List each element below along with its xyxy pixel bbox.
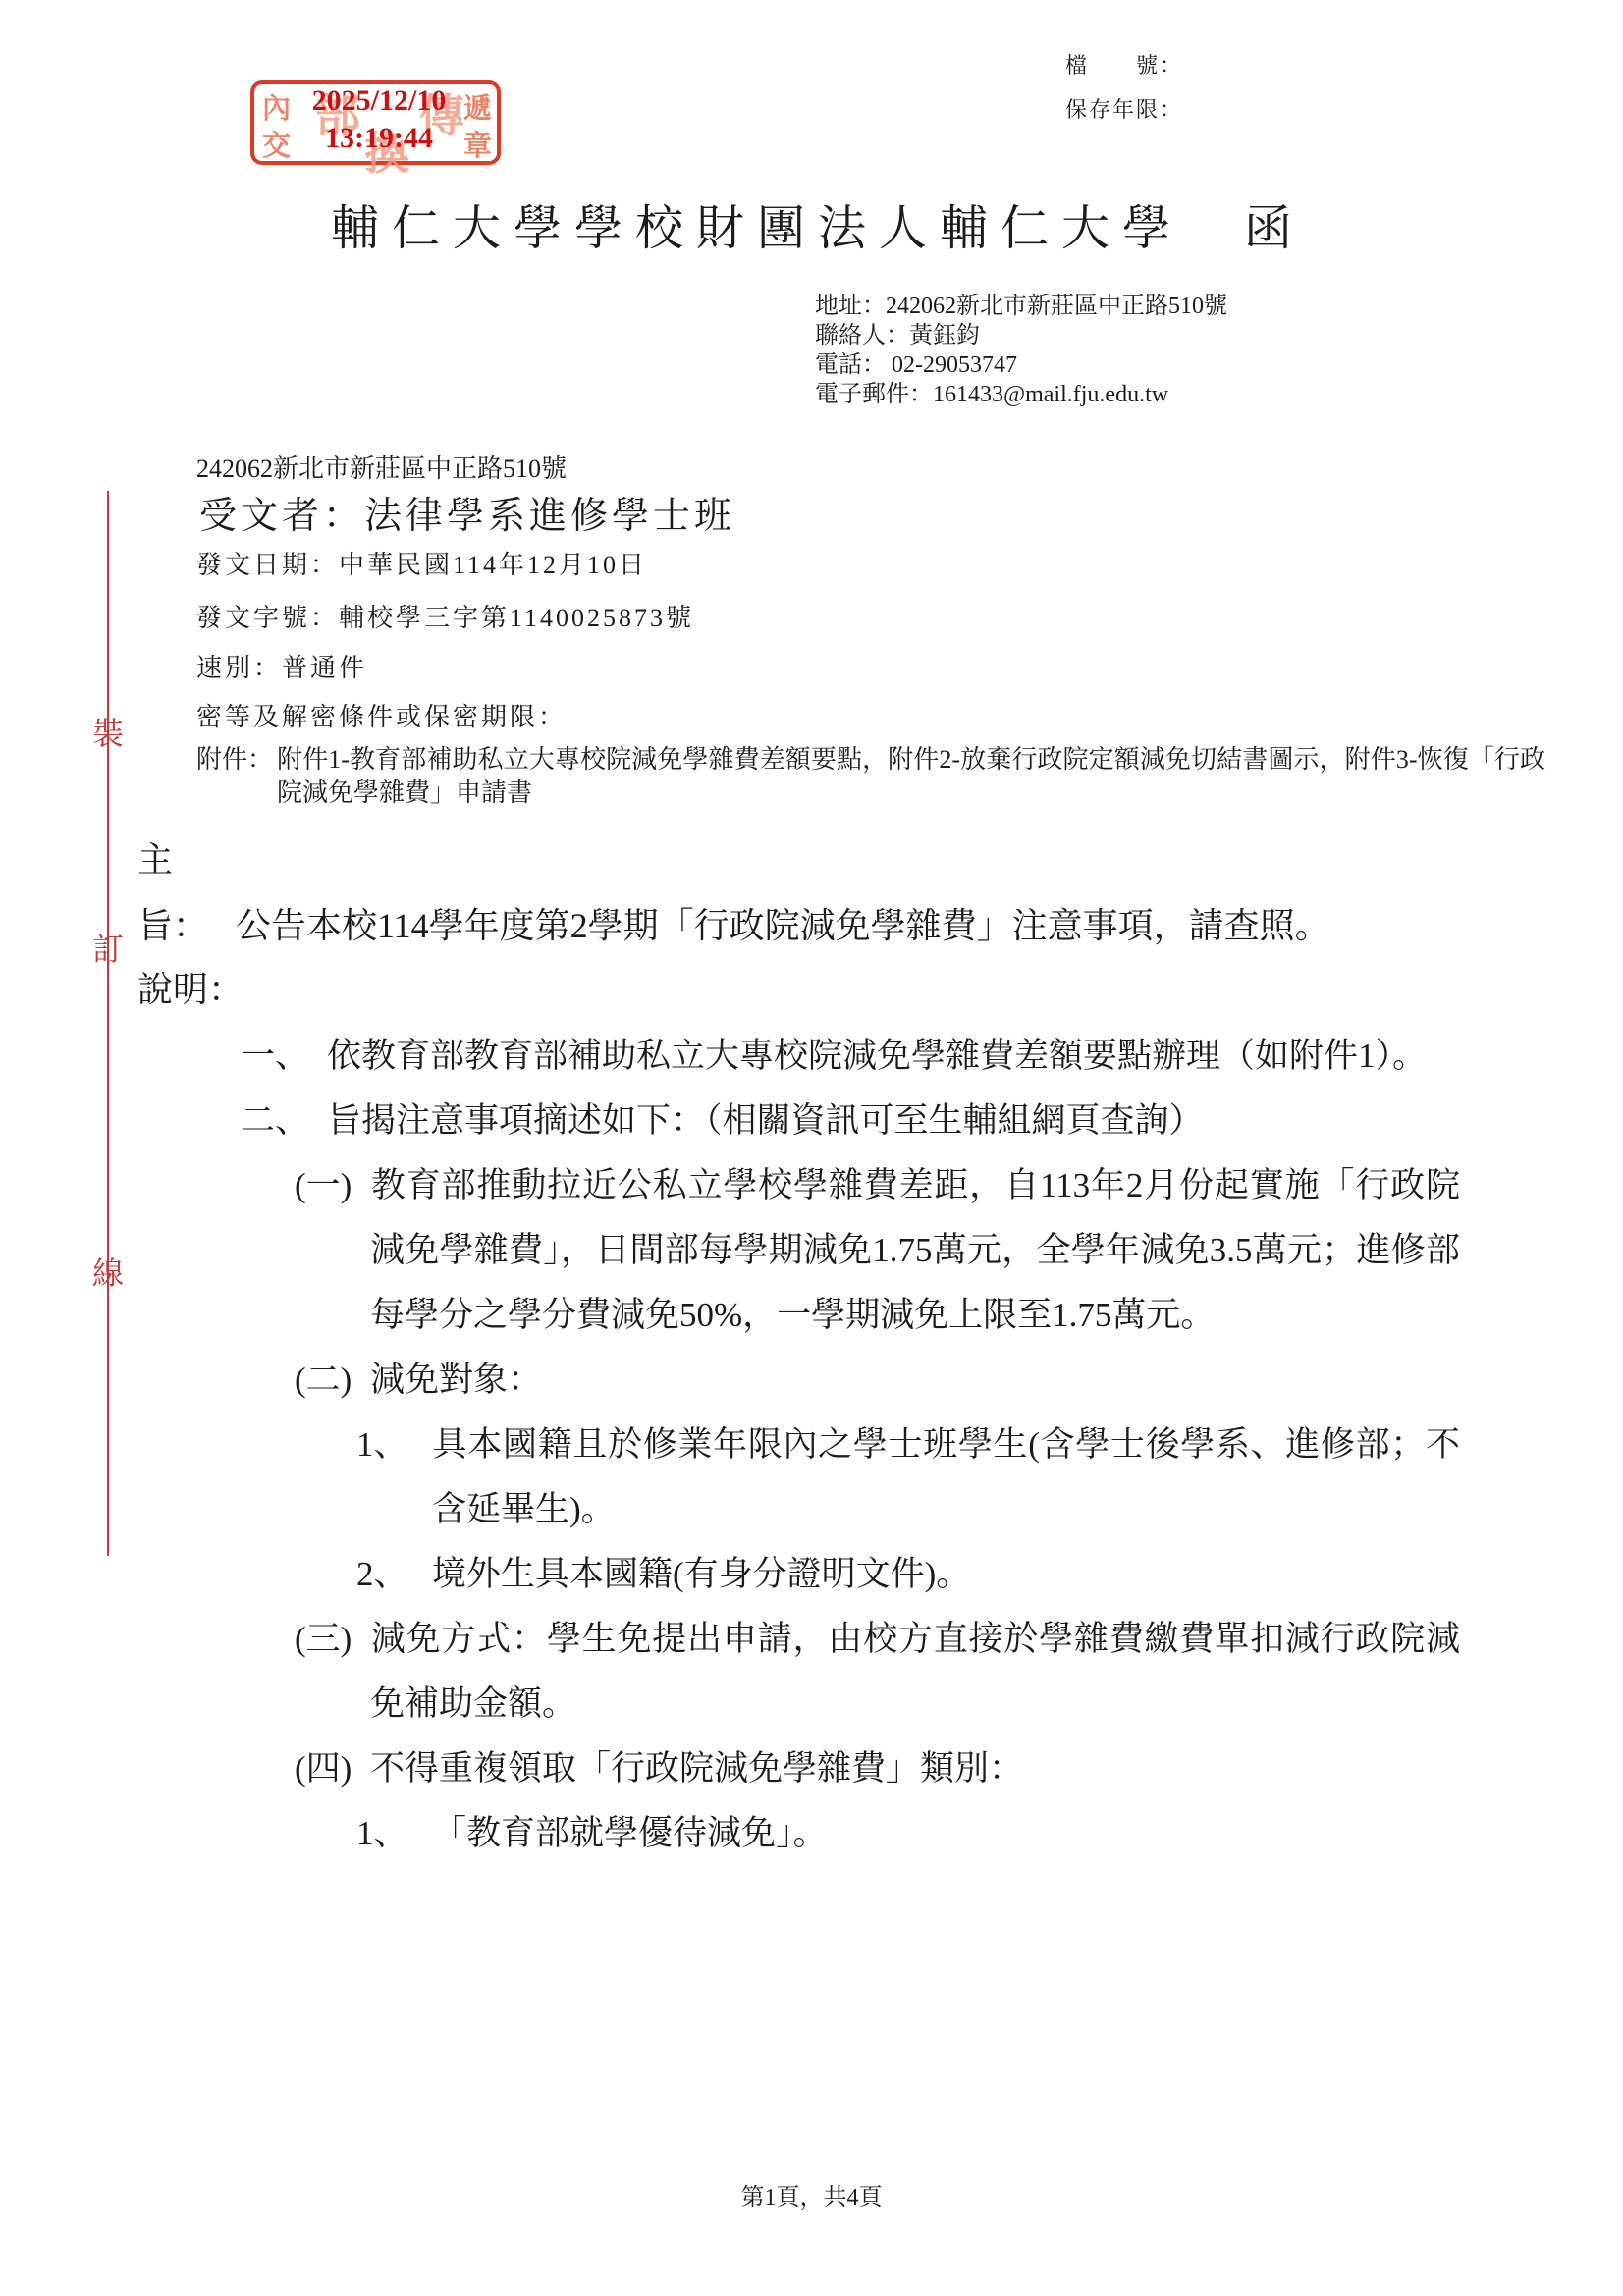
binding-line bbox=[107, 491, 109, 1556]
document-title: 輔仁大學學校財團法人輔仁大學 函 bbox=[0, 190, 1623, 259]
sender-address: 地址：242062新北市新莊區中正路510號 bbox=[815, 292, 1227, 321]
attachment-label: 附件： bbox=[196, 743, 277, 776]
list-item: (一)教育部推動拉近公私立學校學雜費差距，自113年2月份起實施「行政院減免學雜… bbox=[137, 1153, 1460, 1348]
explanation-label: 說明： bbox=[137, 957, 243, 1023]
sender-phone: 電話： 02-29053747 bbox=[815, 350, 1227, 380]
list-item-marker: (三) bbox=[295, 1607, 370, 1672]
binding-mark-xian: 線 bbox=[90, 1249, 126, 1294]
list-item-text: 依教育部教育部補助私立大專校院減免學雜費差額要點辦理（如附件1）。 bbox=[327, 1037, 1427, 1075]
list-item-marker: 一、 bbox=[241, 1024, 327, 1089]
stamp-char-jiao: 交 bbox=[262, 124, 291, 164]
stamp-date: 2025/12/10 bbox=[292, 84, 466, 118]
list-item-text: 減免對象： bbox=[370, 1361, 542, 1399]
issue-date-line: 發文日期：中華民國114年12月10日 bbox=[196, 545, 647, 581]
list-item-marker: 1、 bbox=[356, 1801, 432, 1866]
list-item: 二、旨揭注意事項摘述如下：（相關資訊可至生輔組網頁查詢） bbox=[137, 1089, 1460, 1153]
file-labels: 檔 號： 保存年限： bbox=[1065, 43, 1183, 132]
list-item: 1、「教育部就學優待減免」。 bbox=[137, 1801, 1460, 1866]
file-number-label: 檔 號： bbox=[1065, 43, 1183, 87]
attachment-text: 附件1-教育部補助私立大專校院減免學雜費差額要點，附件2-放棄行政院定額減免切結… bbox=[277, 745, 1545, 807]
recipient-mail-address: 242062新北市新莊區中正路510號 bbox=[196, 449, 567, 485]
document-page: 檔 號： 保存年限： 部 傳 換 內 交 遞 章 2025/12/10 13:1… bbox=[0, 0, 1623, 2296]
sender-contact: 聯絡人：黃鈺鈞 bbox=[815, 321, 1227, 350]
sender-email: 電子郵件：161433@mail.fju.edu.tw bbox=[815, 380, 1227, 409]
sender-info: 地址：242062新北市新莊區中正路510號 聯絡人：黃鈺鈞 電話： 02-29… bbox=[815, 292, 1227, 409]
stamp-char-di: 遞 bbox=[463, 86, 492, 127]
list-item-marker: (一) bbox=[295, 1153, 370, 1218]
attachment-line: 附件：附件1-教育部補助私立大專校院減免學雜費差額要點，附件2-放棄行政院定額減… bbox=[196, 743, 1545, 810]
subject-line: 主旨：公告本校114學年度第2學期「行政院減免學雜費」注意事項，請查照。 bbox=[137, 828, 1460, 959]
stamp-char-zhang: 章 bbox=[463, 124, 492, 164]
list-item-marker: (四) bbox=[295, 1736, 370, 1801]
list-item-text: 減免方式：學生免提出申請，由校方直接於學雜費繳費單扣減行政院減免補助金額。 bbox=[370, 1620, 1460, 1723]
list-item: 一、依教育部教育部補助私立大專校院減免學雜費差額要點辦理（如附件1）。 bbox=[137, 1024, 1460, 1089]
classification-line: 密等及解密條件或保密期限： bbox=[196, 697, 567, 733]
list-item: 2、境外生具本國籍(有身分證明文件)。 bbox=[137, 1542, 1460, 1607]
item-list: 一、依教育部教育部補助私立大專校院減免學雜費差額要點辦理（如附件1）。 二、旨揭… bbox=[137, 1024, 1460, 1866]
binding-mark-ding: 訂 bbox=[90, 925, 126, 970]
list-item: (三)減免方式：學生免提出申請，由校方直接於學雜費繳費單扣減行政院減免補助金額。 bbox=[137, 1607, 1460, 1736]
stamp-char-nei: 內 bbox=[262, 86, 291, 127]
list-item-marker: 二、 bbox=[241, 1089, 327, 1153]
list-item: (四)不得重複領取「行政院減免學雜費」類別： bbox=[137, 1736, 1460, 1801]
doc-number-line: 發文字號：輔校學三字第1140025873號 bbox=[196, 598, 694, 634]
speed-line: 速別：普通件 bbox=[196, 648, 367, 684]
list-item: (二)減免對象： bbox=[137, 1348, 1460, 1413]
stamp-time: 13:19:44 bbox=[292, 122, 466, 155]
binding-mark-zhuang: 裝 bbox=[90, 709, 126, 754]
list-item-text: 旨揭注意事項摘述如下：（相關資訊可至生輔組網頁查詢） bbox=[327, 1101, 1204, 1140]
subject-label: 主旨： bbox=[137, 828, 236, 959]
list-item: 1、具本國籍且於修業年限內之學士班學生(含學士後學系、進修部；不含延畢生)。 bbox=[137, 1413, 1460, 1542]
list-item-marker: 2、 bbox=[356, 1542, 432, 1607]
retention-label: 保存年限： bbox=[1065, 87, 1183, 132]
page-number: 第1頁，共4頁 bbox=[0, 2177, 1623, 2212]
list-item-text: 教育部推動拉近公私立學校學雜費差距，自113年2月份起實施「行政院減免學雜費」，… bbox=[370, 1166, 1460, 1334]
list-item-text: 具本國籍且於修業年限內之學士班學生(含學士後學系、進修部；不含延畢生)。 bbox=[432, 1425, 1460, 1528]
addressee-line: 受文者：法律學系進修學士班 bbox=[199, 485, 735, 539]
list-item-text: 不得重複領取「行政院減免學雜費」類別： bbox=[370, 1749, 1023, 1788]
list-item-text: 境外生具本國籍(有身分證明文件)。 bbox=[432, 1555, 970, 1593]
list-item-marker: 1、 bbox=[356, 1413, 432, 1477]
subject-text: 公告本校114學年度第2學期「行政院減免學雜費」注意事項，請查照。 bbox=[236, 906, 1330, 945]
list-item-text: 「教育部就學優待減免」。 bbox=[432, 1814, 828, 1852]
list-item-marker: (二) bbox=[295, 1348, 370, 1413]
delivery-stamp: 部 傳 換 內 交 遞 章 2025/12/10 13:19:44 bbox=[250, 80, 501, 165]
